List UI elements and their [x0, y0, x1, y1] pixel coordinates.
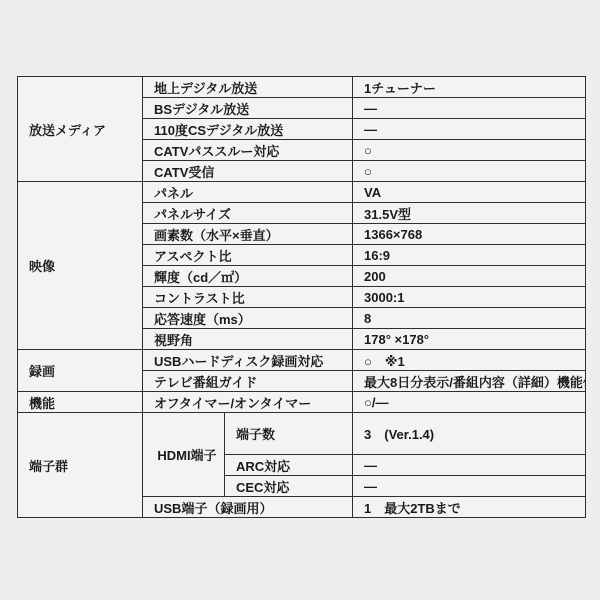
spec-value-cell: 3 (Ver.1.4)	[353, 413, 586, 455]
spec-value-cell: ○/—	[353, 392, 586, 413]
spec-label-cell: USBハードディスク録画対応	[143, 350, 353, 371]
spec-value-cell: 1 最大2TBまで	[353, 497, 586, 518]
spec-label-cell: 端子数	[225, 413, 353, 455]
spec-label-cell: コントラスト比	[143, 287, 353, 308]
spec-label-cell: パネルサイズ	[143, 203, 353, 224]
spec-label-cell: BSデジタル放送	[143, 98, 353, 119]
spec-value-cell: 最大8日分表示/番組内容（詳細）機能付	[353, 371, 586, 392]
spec-value-cell: 31.5V型	[353, 203, 586, 224]
spec-value-cell: 16:9	[353, 245, 586, 266]
spec-label-cell: USB端子（録画用）	[143, 497, 353, 518]
category-cell-broadcast: 放送メディア	[18, 77, 143, 182]
spec-value-cell: ○	[353, 140, 586, 161]
spec-label-cell: 視野角	[143, 329, 353, 350]
category-cell-function: 機能	[18, 392, 143, 413]
spec-label-cell: 画素数（水平×垂直）	[143, 224, 353, 245]
spec-value-cell: 1366×768	[353, 224, 586, 245]
spec-value-cell: 200	[353, 266, 586, 287]
spec-label-cell: 110度CSデジタル放送	[143, 119, 353, 140]
spec-label-cell: オフタイマー/オンタイマー	[143, 392, 353, 413]
table-row: 放送メディア 地上デジタル放送 1チューナー	[18, 77, 586, 98]
spec-value-cell: ○ ※1	[353, 350, 586, 371]
category-cell-recording: 録画	[18, 350, 143, 392]
table-row: 映像 パネル VA	[18, 182, 586, 203]
spec-label-cell: CEC対応	[225, 476, 353, 497]
spec-label-cell: 輝度（cd／㎡）	[143, 266, 353, 287]
spec-value-cell: ○	[353, 161, 586, 182]
spec-value-cell: 8	[353, 308, 586, 329]
category-cell-video: 映像	[18, 182, 143, 350]
spec-label-cell: パネル	[143, 182, 353, 203]
hdmi-group-cell: HDMI端子	[143, 413, 225, 497]
spec-label-cell: CATV受信	[143, 161, 353, 182]
spec-value-cell: 3000:1	[353, 287, 586, 308]
tv-spec-table: 放送メディア 地上デジタル放送 1チューナー BSデジタル放送 — 110度CS…	[17, 76, 586, 518]
spec-value-cell: —	[353, 119, 586, 140]
spec-label-cell: 地上デジタル放送	[143, 77, 353, 98]
spec-value-cell: —	[353, 455, 586, 476]
spec-value-cell: —	[353, 476, 586, 497]
spec-value-cell: 178° ×178°	[353, 329, 586, 350]
table-row: 録画 USBハードディスク録画対応 ○ ※1	[18, 350, 586, 371]
spec-value-cell: —	[353, 98, 586, 119]
page-background: 放送メディア 地上デジタル放送 1チューナー BSデジタル放送 — 110度CS…	[0, 0, 600, 600]
category-cell-terminals: 端子群	[18, 413, 143, 518]
spec-value-cell: VA	[353, 182, 586, 203]
spec-value-cell: 1チューナー	[353, 77, 586, 98]
spec-label-cell: 応答速度（ms）	[143, 308, 353, 329]
spec-label-cell: ARC対応	[225, 455, 353, 476]
spec-label-cell: テレビ番組ガイド	[143, 371, 353, 392]
table-row: 端子群 HDMI端子 端子数 3 (Ver.1.4)	[18, 413, 586, 455]
spec-label-cell: アスペクト比	[143, 245, 353, 266]
table-row: 機能 オフタイマー/オンタイマー ○/—	[18, 392, 586, 413]
spec-label-cell: CATVパススルー対応	[143, 140, 353, 161]
